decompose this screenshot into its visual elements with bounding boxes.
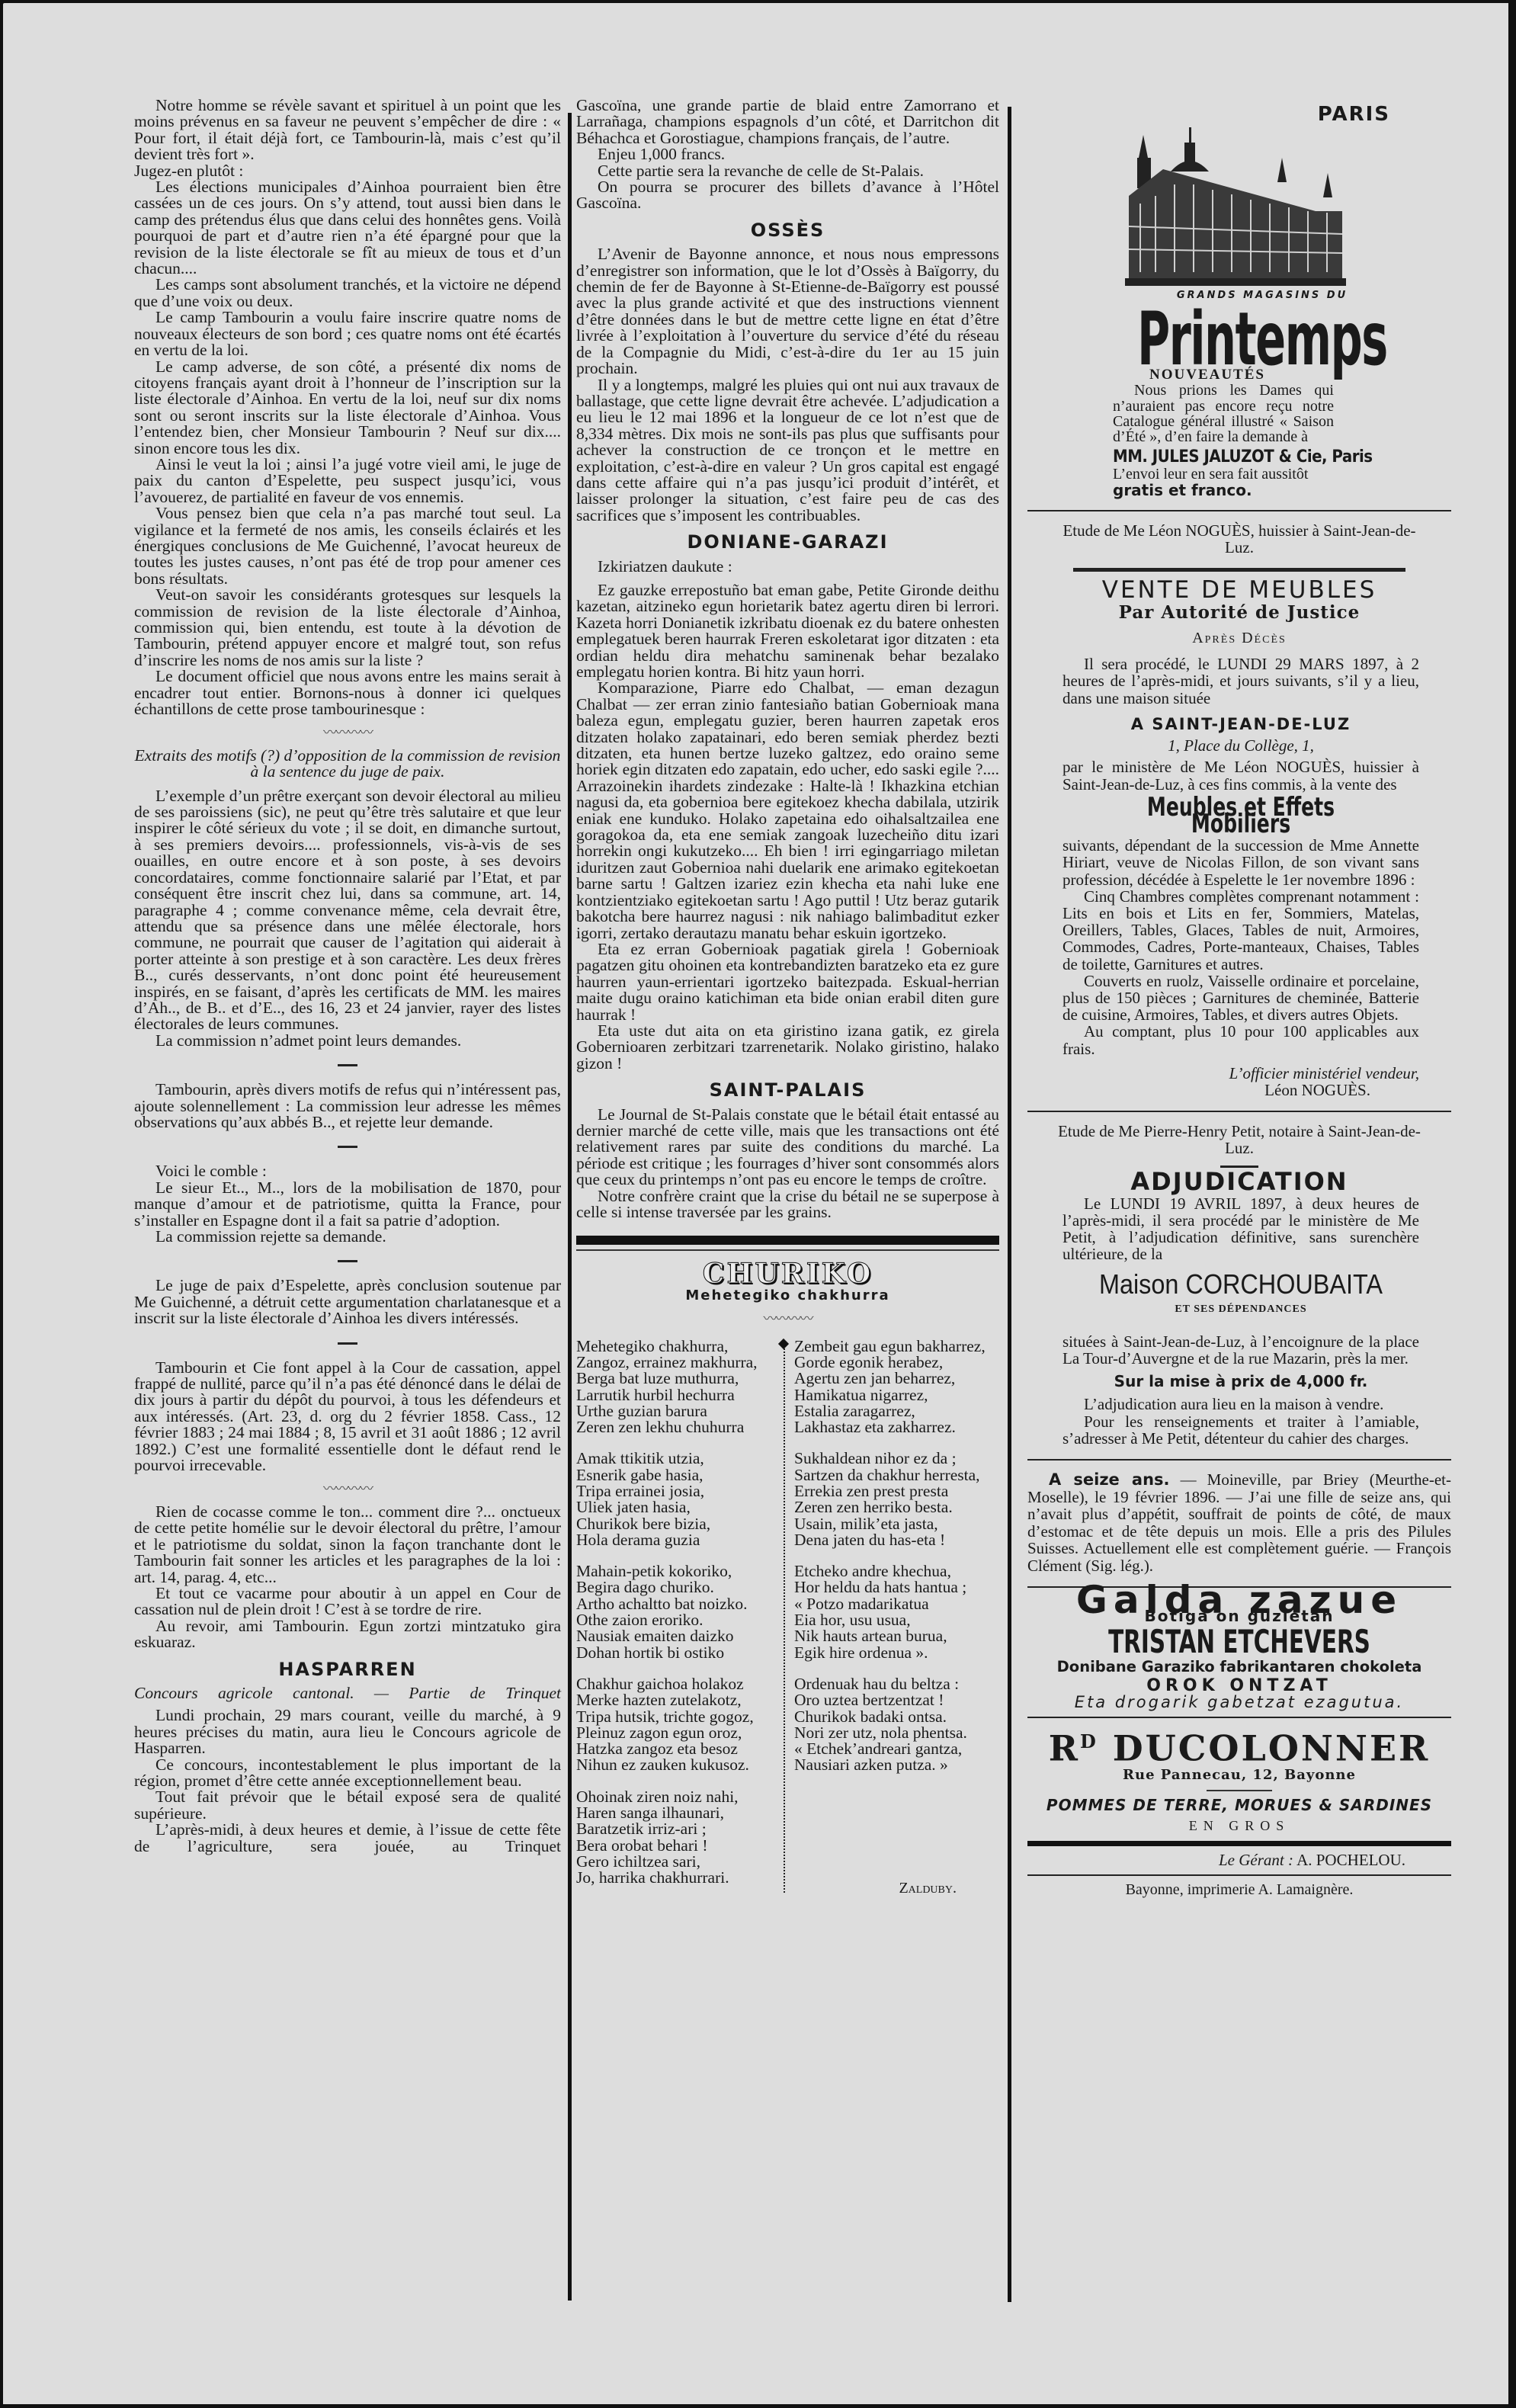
short-separator	[338, 1064, 357, 1066]
etude-line: Etude de Me Léon NOGUÈS, huissier à Sain…	[1027, 522, 1451, 556]
rule	[1027, 1111, 1451, 1112]
paragraph: Ez gauzke errepostuño bat eman gabe, Pet…	[576, 582, 999, 680]
ad-name: TRISTAN ETCHEVERS	[1074, 1625, 1405, 1659]
notice-subtitle: Par Autorité de Justice	[1027, 604, 1451, 620]
ad-prefix: R	[1049, 1727, 1080, 1768]
poem-line: « Potzo madarikatua	[794, 1596, 994, 1612]
poem-line: Dohan hortik bi ostiko	[576, 1645, 776, 1661]
hasparren-subheading: Concours agricole cantonal. — Partie de …	[134, 1685, 561, 1701]
poem-line: Nausiak emaiten daizko	[576, 1628, 776, 1644]
paragraph: Gascoïna, une grande partie de blaid ent…	[576, 98, 999, 146]
rule	[1027, 1459, 1451, 1461]
poem-stanza: Chakhur gaichoa holakozMerke hazten zute…	[576, 1676, 776, 1774]
poem-line: Esnerik gabe hasia,	[576, 1467, 776, 1483]
gerant-label: Le Gérant :	[1219, 1851, 1293, 1869]
poem-line: Tripa hutsik, trichte gogoz,	[576, 1709, 776, 1725]
heavy-rule	[1027, 1841, 1451, 1846]
poem-line: Uliek jaten hasia,	[576, 1499, 776, 1515]
section-heading-osses: OSSÈS	[576, 223, 999, 239]
short-separator	[338, 1146, 357, 1148]
poem-line: Zangoz, errainez makhurra,	[576, 1355, 776, 1371]
meubles-heading: Meubles et Effets Mobiliers	[1095, 799, 1387, 832]
poem-line: Amak ttikitik utzia,	[576, 1451, 776, 1467]
poem-line: Oro uztea bertzentzat !	[794, 1692, 994, 1708]
rule	[1027, 1874, 1451, 1876]
poem-stanza: Amak ttikitik utzia,Esnerik gabe hasia,T…	[576, 1451, 776, 1548]
paragraph: Il y a longtemps, malgré les pluies qui …	[576, 377, 999, 524]
poem-stanza: Sukhaldean nihor ez da ;Sartzen da chakh…	[794, 1451, 994, 1548]
dependances: ET SES DÉPENDANCES	[1062, 1301, 1419, 1318]
paragraph: L’après-midi, à deux heures et demie, à …	[134, 1822, 561, 1855]
poem-stanza: Ordenuak hau du beltza :Oro uztea bertze…	[794, 1676, 994, 1774]
poem-line: Nausiari azken putza. »	[794, 1757, 994, 1773]
poem-line: Hola derama guzia	[576, 1532, 776, 1548]
poem-line: Hatzka zangoz eta besoz	[576, 1741, 776, 1757]
paragraph: Voici le comble :	[134, 1163, 561, 1179]
printemps-advertisement: PARIS	[1027, 107, 1451, 498]
poem-divider	[776, 1339, 794, 1902]
paragraph: Le document officiel que nous avons entr…	[134, 669, 561, 717]
poem-line: Nori zer utz, nola phentsa.	[794, 1725, 994, 1741]
paragraph: Couverts en ruolz, Vaisselle ordinaire e…	[1062, 973, 1419, 1024]
diamond-ornament-icon	[778, 1339, 789, 1349]
ad-company-name: DUCOLONNER	[1113, 1727, 1431, 1768]
poem-line: Hor heldu da hats hantua ;	[794, 1579, 994, 1595]
poem-line: Gero ichiltzea sari,	[576, 1854, 776, 1870]
rule	[1027, 1717, 1451, 1718]
extraits-heading: Extraits des motifs (?) d’opposition de …	[134, 748, 561, 781]
paragraph: L’Avenir de Bayonne annonce, et nous nou…	[576, 246, 999, 377]
paragraph: L’adjudication aura lieu en la maison à …	[1062, 1396, 1419, 1412]
place-heading: A SAINT-JEAN-DE-LUZ	[1062, 716, 1419, 733]
paragraph: Tambourin et Cie font appel à la Cour de…	[134, 1360, 561, 1474]
poem-line: Lakhastaz eta zakharrez.	[794, 1419, 994, 1435]
paragraph: Notre homme se révèle savant et spiritue…	[134, 98, 561, 163]
poem-line: Egik hire ordenua ».	[794, 1645, 994, 1661]
poem-line: Sartzen da chakhur herresta,	[794, 1467, 994, 1483]
short-separator	[338, 1342, 357, 1345]
paragraph: On pourra se procurer des billets d’avan…	[576, 179, 999, 212]
ad-body: Nous prions les Dames qui n’auraient pas…	[1113, 383, 1334, 498]
section-heading-hasparren: HASPARREN	[134, 1662, 561, 1678]
poem-line: Bera orobat behari !	[576, 1838, 776, 1854]
poem: Mehetegiko chakhurra,Zangoz, errainez ma…	[576, 1339, 999, 1902]
paragraph: Ce concours, incontestablement le plus i…	[134, 1757, 561, 1790]
ad-company: MM. JULES JALUZOT & Cie, Paris	[1113, 450, 1334, 465]
ad-goods: POMMES DE TERRE, MORUES & SARDINES	[1027, 1797, 1451, 1813]
poem-line: Gorde egonik herabez,	[794, 1355, 994, 1371]
column-right: PARIS	[1027, 98, 1451, 1898]
paragraph: Cinq Chambres complètes comprenant notam…	[1062, 888, 1419, 973]
paragraph: Le camp Tambourin a voulu faire inscrire…	[134, 309, 561, 358]
paragraph: Le juge de paix d’Espelette, après concl…	[134, 1278, 561, 1326]
address: 1, Place du Collège, 1,	[1062, 737, 1419, 754]
thick-rule	[576, 1236, 999, 1245]
paragraph: suivants, dépendant de la succession de …	[1062, 837, 1419, 888]
poem-line: Mehetegiko chakhurra,	[576, 1339, 776, 1355]
etude-line: Etude de Me Pierre-Henry Petit, notaire …	[1027, 1123, 1451, 1156]
signoff: L’officier ministériel vendeur,	[1062, 1065, 1419, 1082]
ad-brand-printemps: Printemps	[1133, 304, 1390, 374]
paragraph: La commission rejette sa demande.	[134, 1229, 561, 1245]
poem-line: Agertu zen jan beharrez,	[794, 1371, 994, 1387]
paragraph: Le sieur Et.., M.., lors de la mobilisat…	[134, 1180, 561, 1229]
poem-line: Zeren zen lekhu chuhurra	[576, 1419, 776, 1435]
poem-line: Ohoinak ziren noiz nahi,	[576, 1789, 776, 1805]
ad-city: PARIS	[1027, 107, 1451, 123]
paragraph: Et tout ce vacarme pour aboutir à un app…	[134, 1586, 561, 1618]
wavy-separator: 〰〰〰〰	[576, 1311, 999, 1327]
section-heading-saint-palais: SAINT-PALAIS	[576, 1082, 999, 1098]
paragraph: Pour les renseignements et traiter à l’a…	[1062, 1413, 1419, 1447]
notice-title: ADJUDICATION	[1027, 1174, 1451, 1190]
ad-address: Rue Pannecau, 12, Bayonne	[1027, 1767, 1451, 1783]
ad-prefix-sup: D	[1080, 1730, 1098, 1752]
poem-stanza: Zembeit gau egun bakharrez,Gorde egonik …	[794, 1339, 994, 1436]
wavy-separator: 〰〰〰〰	[134, 725, 561, 741]
paragraph: Komparazione, Piarre edo Chalbat, — eman…	[576, 680, 999, 941]
poem-line: Zeren zen herriko besta.	[794, 1499, 994, 1515]
column-divider-1	[568, 113, 572, 2301]
poem-line: Pleinuz zagon egun oroz,	[576, 1725, 776, 1741]
poem-line: Othe zaion eroriko.	[576, 1612, 776, 1628]
ad-engros: EN GROS	[1027, 1818, 1451, 1834]
paragraph: Notre confrère craint que la crise du bé…	[576, 1188, 999, 1221]
poem-line: Churikok badaki ontsa.	[794, 1709, 994, 1725]
poem-line: Larrutik hurbil hechurra	[576, 1387, 776, 1403]
vente-meubles-notice: Etude de Me Léon NOGUÈS, huissier à Sain…	[1027, 522, 1451, 1098]
paragraph: Tambourin, après divers motifs de refus …	[134, 1082, 561, 1130]
paragraph: Veut-on savoir les considérants grotesqu…	[134, 587, 561, 669]
paragraph: Au revoir, ami Tambourin. Egun zortzi mi…	[134, 1618, 561, 1651]
galda-zazue-advertisement: Galda zazue Botiga on guzietan TRISTAN E…	[1027, 1592, 1451, 1711]
poem-title: CHURIKO	[576, 1266, 999, 1282]
paragraph: situées à Saint-Jean-de-Luz, à l’encoign…	[1062, 1333, 1419, 1367]
ad-name: RD DUCOLONNER	[1027, 1723, 1451, 1767]
notice-title: VENTE DE MEUBLES	[1027, 582, 1451, 598]
poem-line: Jo, harrika chakhurrari.	[576, 1870, 776, 1886]
seize-ans-notice: A seize ans. — Moineville, par Briey (Me…	[1027, 1471, 1451, 1574]
paragraph: Jugez-en plutôt :	[134, 163, 561, 179]
poem-line: Berga bat luze muthurra,	[576, 1371, 776, 1387]
paragraph: Le camp adverse, de son côté, a présenté…	[134, 359, 561, 457]
imprimerie-line: Bayonne, imprimerie A. Lamaignère.	[1027, 1882, 1451, 1898]
ad-title: Galda zazue	[1027, 1592, 1451, 1608]
poem-column-right: Zembeit gau egun bakharrez,Gorde egonik …	[794, 1339, 994, 1902]
poem-column-left: Mehetegiko chakhurra,Zangoz, errainez ma…	[576, 1339, 776, 1902]
ad-text: Nous prions les Dames qui n’auraient pas…	[1113, 383, 1334, 445]
poem-line: Urthe guzian barura	[576, 1403, 776, 1419]
poem-line: Etcheko andre khechua,	[794, 1563, 994, 1579]
poem-line: Nik hauts artean burua,	[794, 1628, 994, 1644]
poem-line: « Etchek’andreari gantza,	[794, 1741, 994, 1757]
paragraph: Vous pensez bien que cela n’a pas marché…	[134, 505, 561, 587]
poem-line: Tripa errainei josia,	[576, 1483, 776, 1499]
notice-lead: A seize ans.	[1049, 1470, 1170, 1489]
paragraph: Les élections municipales d’Ainhoa pourr…	[134, 179, 561, 277]
gerant-line: Le Gérant : A. POCHELOU.	[1027, 1852, 1451, 1868]
poem-line: Usain, milik’eta jasta,	[794, 1516, 994, 1532]
ducolonner-advertisement: RD DUCOLONNER Rue Pannecau, 12, Bayonne …	[1027, 1723, 1451, 1835]
paragraph: Le Journal de St-Palais constate que le …	[576, 1107, 999, 1188]
paragraph: Le LUNDI 19 AVRIL 1897, à deux heures de…	[1062, 1195, 1419, 1263]
ad-text: gratis et franco.	[1113, 483, 1334, 498]
mise-a-prix: Sur la mise à prix de 4,000 fr.	[1062, 1373, 1419, 1390]
poem-line: Ordenuak hau du beltza :	[794, 1676, 994, 1692]
gerant-name: A. POCHELOU.	[1293, 1851, 1405, 1869]
paragraph: par le ministère de Me Léon NOGUÈS, huis…	[1062, 758, 1419, 792]
paragraph: Les camps sont absolument tranchés, et l…	[134, 277, 561, 309]
adjudication-notice: Etude de Me Pierre-Henry Petit, notaire …	[1027, 1123, 1451, 1447]
poem-line: Mahain-petik kokoriko,	[576, 1563, 776, 1579]
paragraph: Ainsi le veut la loi ; ainsi l’a jugé vo…	[134, 457, 561, 505]
poem-line: Chakhur gaichoa holakoz	[576, 1676, 776, 1692]
paragraph: Rien de cocasse comme le ton... comment …	[134, 1504, 561, 1586]
poem-line: Estalia zaragarrez,	[794, 1403, 994, 1419]
paragraph: Lundi prochain, 29 mars courant, veille …	[134, 1707, 561, 1756]
paragraph: La commission n’admet point leurs demand…	[134, 1033, 561, 1049]
poem-stanza: Mehetegiko chakhurra,Zangoz, errainez ma…	[576, 1339, 776, 1436]
poem-line: Sukhaldean nihor ez da ;	[794, 1451, 994, 1467]
wavy-separator: 〰〰〰〰	[134, 1481, 561, 1497]
poem-line: Haren sanga ilhaunari,	[576, 1805, 776, 1821]
poem-line: Hamikatua nigarrez,	[794, 1387, 994, 1403]
poem-subtitle: Mehetegiko chakhurra	[576, 1287, 999, 1303]
column-divider-2	[1008, 107, 1011, 2302]
ad-line: Donibane Garaziko fabrikantaren chokolet…	[1027, 1659, 1451, 1675]
short-separator	[1207, 1790, 1272, 1791]
rule	[1027, 510, 1451, 511]
poem-line: Begira dago churiko.	[576, 1579, 776, 1595]
poem-line: Merke hazten zutelakotz,	[576, 1692, 776, 1708]
poem-stanza: Mahain-petik kokoriko,Begira dago churik…	[576, 1563, 776, 1661]
poem-stanza: Etcheko andre khechua,Hor heldu da hats …	[794, 1563, 994, 1661]
poem-line: Nihun ez zauken kukusoz.	[576, 1757, 776, 1773]
poem-line: Artho achaltto bat noizko.	[576, 1596, 776, 1612]
paragraph: Eta uste dut aita on eta giristino izana…	[576, 1023, 999, 1072]
short-separator	[338, 1260, 357, 1262]
ad-line: Eta drogarik gabetzat ezagutua.	[1027, 1695, 1451, 1711]
poem-line: Dena jaten du has-eta !	[794, 1532, 994, 1548]
signoff-name: Léon NOGUÈS.	[1062, 1082, 1419, 1098]
column-left: Notre homme se révèle savant et spiritue…	[134, 98, 561, 1855]
notice-apres-deces: Après Décès	[1027, 630, 1451, 646]
paragraph: Eta ez erran Gobernioak pagatiak girela …	[576, 941, 999, 1023]
rule	[1073, 568, 1405, 572]
poem-line: Churikok bere bizia,	[576, 1516, 776, 1532]
maison-heading: Maison CORCHOUBAITA	[1080, 1276, 1401, 1293]
poem-line: Zembeit gau egun bakharrez,	[794, 1339, 994, 1355]
poem-stanza: Ohoinak ziren noiz nahi,Haren sanga ilha…	[576, 1789, 776, 1887]
section-heading-doniane-garazi: DONIANE-GARAZI	[576, 534, 999, 550]
thin-rule	[576, 1249, 999, 1251]
paragraph: Cette partie sera la revanche de celle d…	[576, 163, 999, 179]
paragraph: Izkiriatzen daukute :	[576, 559, 999, 575]
paragraph: Enjeu 1,000 francs.	[576, 146, 999, 162]
paragraph: L’exemple d’un prêtre exerçant son devoi…	[134, 788, 561, 1033]
paragraph: Tout fait prévoir que le bétail exposé s…	[134, 1789, 561, 1822]
paragraph: Au comptant, plus 10 pour 100 applicable…	[1062, 1023, 1419, 1057]
column-middle: Gascoïna, une grande partie de blaid ent…	[576, 98, 999, 1897]
department-store-building-illustration	[1117, 127, 1346, 287]
ad-text: L’envoi leur en sera fait aussitôt	[1113, 467, 1334, 482]
poem-line: Eia hor, usu usua,	[794, 1612, 994, 1628]
poem-line: Baratzetik irriz-ari ;	[576, 1821, 776, 1837]
ad-line: OROK ONTZAT	[1027, 1678, 1451, 1694]
paragraph: Il sera procédé, le LUNDI 29 MARS 1897, …	[1062, 656, 1419, 707]
poem-line: Errekia zen prest presta	[794, 1483, 994, 1499]
